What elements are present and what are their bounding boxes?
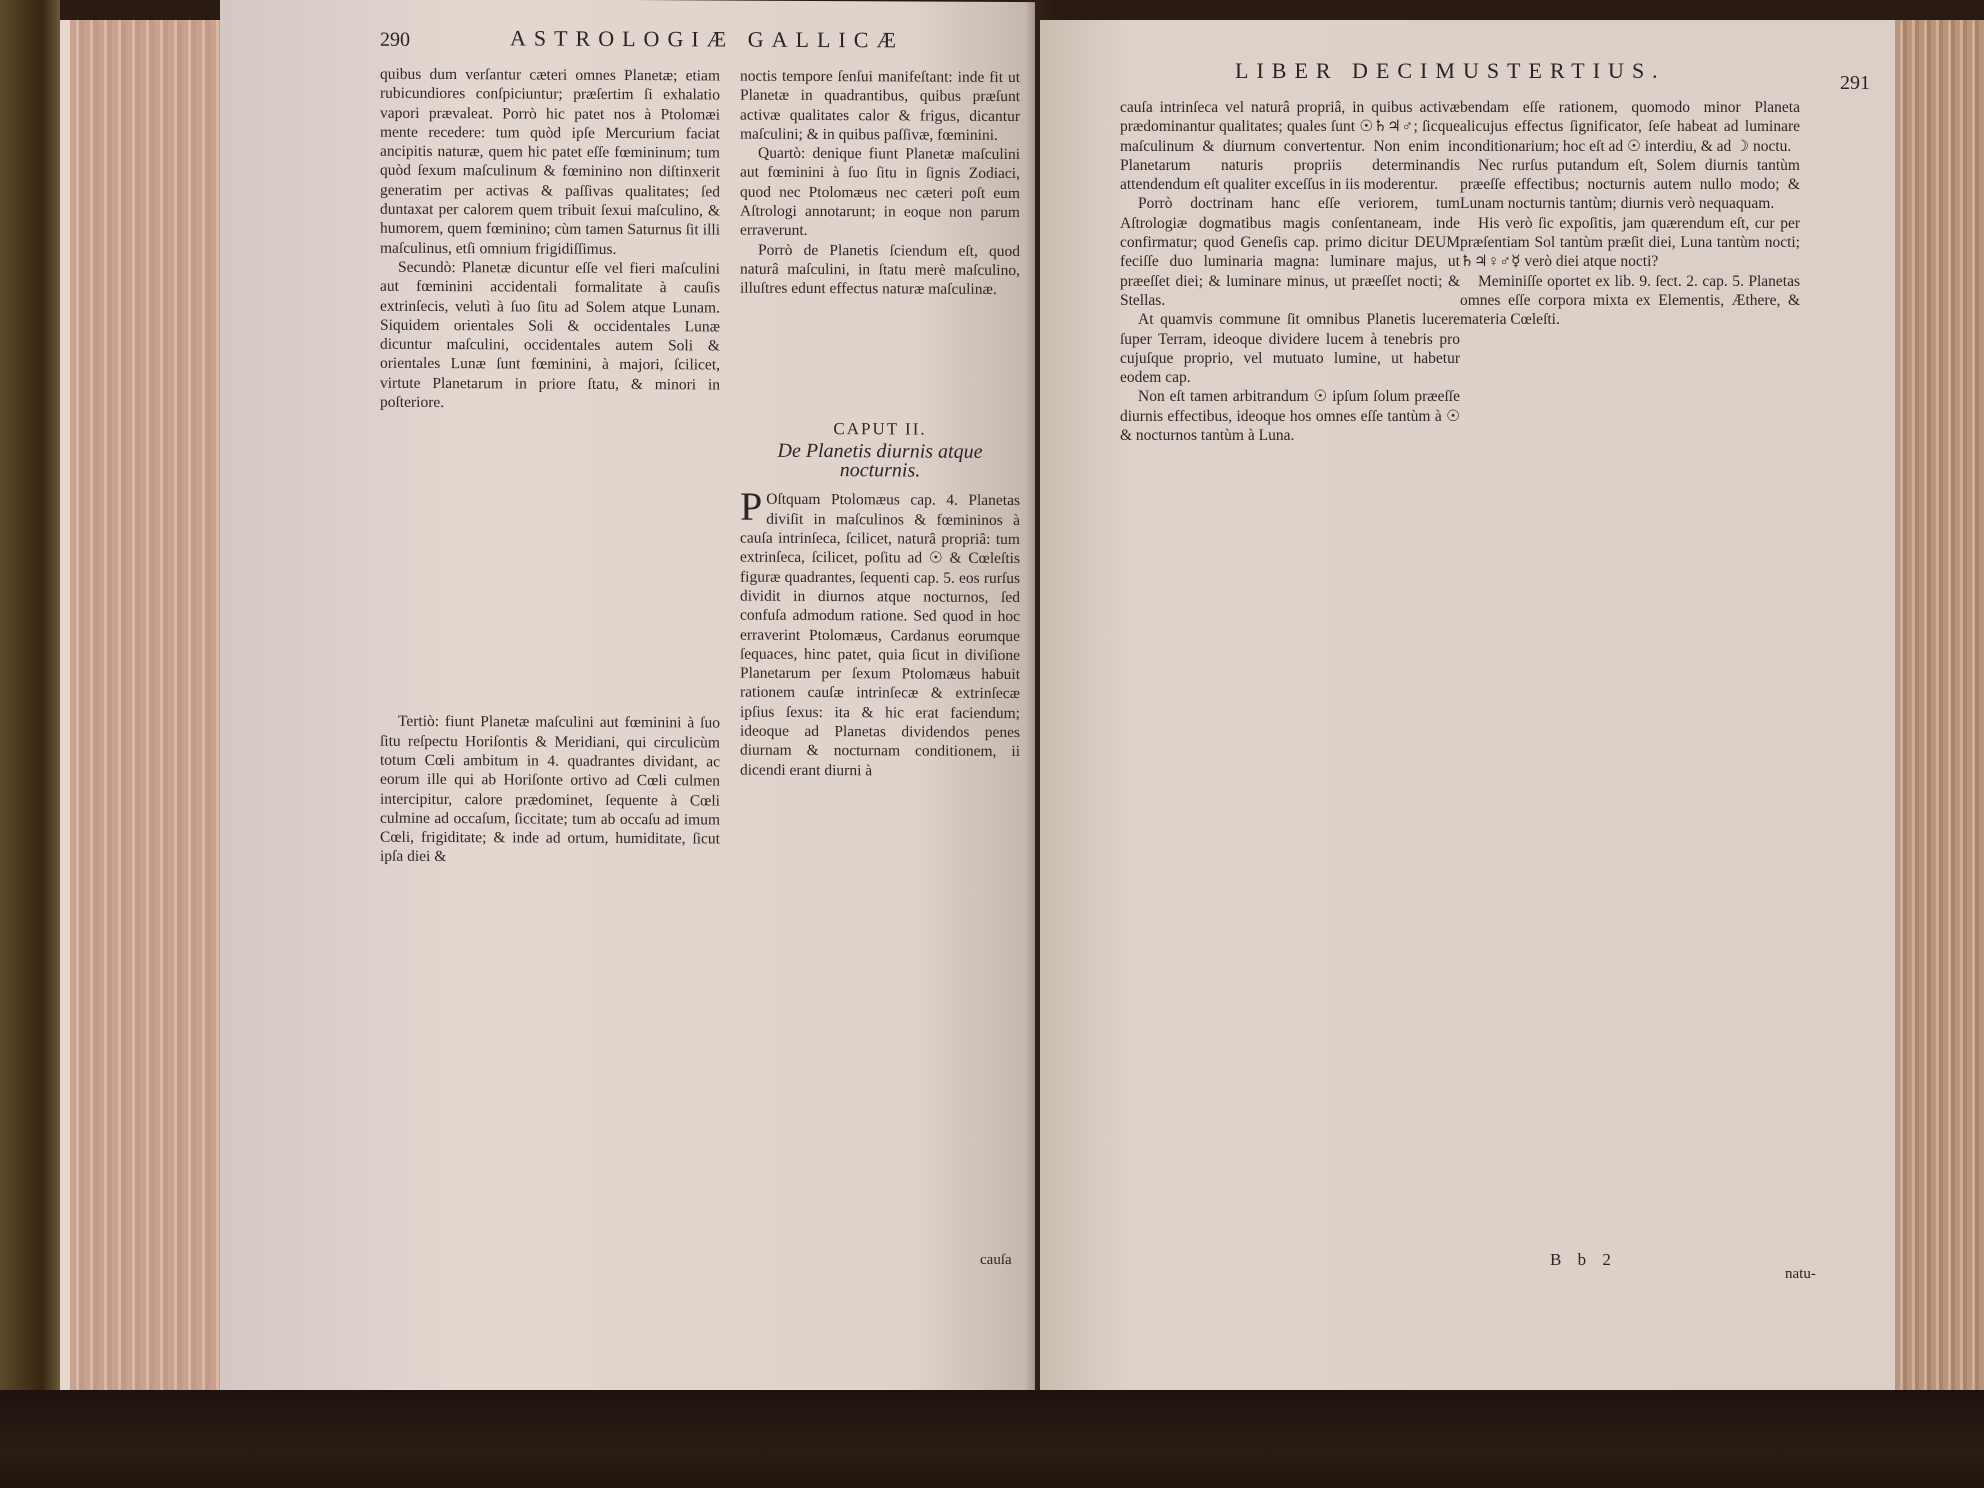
catchword-left: cauſa bbox=[980, 1252, 1012, 1269]
paragraph: quibus dum verſantur cæteri omnes Planet… bbox=[380, 65, 720, 260]
right-page-column-1: cauſa intrinſeca vel naturâ propriâ, in … bbox=[1120, 98, 1460, 445]
running-head-right: LIBER DECIMUSTERTIUS. bbox=[1235, 58, 1666, 84]
paragraph: Meminiſſe oportet ex lib. 9. ſect. 2. ca… bbox=[1460, 272, 1800, 330]
paragraph: noctis tempore ſenſui manifeſtant: inde … bbox=[740, 67, 1020, 146]
paragraph: Porrò de Planetis ſciendum eſt, quod nat… bbox=[740, 240, 1020, 299]
table-surface bbox=[0, 1390, 1984, 1488]
signature-mark: B b 2 bbox=[1550, 1250, 1617, 1270]
right-page-column-2: bendam eſſe rationem, quomodo minor Plan… bbox=[1460, 98, 1800, 330]
paragraph: Tertiò: fiunt Planetæ maſculini aut fœmi… bbox=[380, 712, 720, 868]
chapter-text: Oſtquam Ptolomæus cap. 4. Planetas diviſ… bbox=[740, 491, 1020, 779]
paragraph: bendam eſſe rationem, quomodo minor Plan… bbox=[1460, 98, 1800, 156]
page-number-right: 291 bbox=[1840, 72, 1870, 95]
paragraph: Secundò: Planetæ dicuntur eſſe vel fieri… bbox=[380, 258, 720, 414]
chapter-paragraph: POſtquam Ptolomæus cap. 4. Planetas divi… bbox=[740, 490, 1020, 781]
catchword-right: natu- bbox=[1785, 1266, 1816, 1283]
page-edges-left bbox=[60, 20, 230, 1400]
left-page-column-2: noctis tempore ſenſui manifeſtant: inde … bbox=[740, 67, 1020, 781]
paragraph: Non eſt tamen arbitrandum ☉ ipſum ſolum … bbox=[1120, 387, 1460, 445]
paragraph: Nec rurſus putandum eſt, Solem diurnis t… bbox=[1460, 156, 1800, 214]
left-page-column-1: quibus dum verſantur cæteri omnes Planet… bbox=[380, 65, 720, 868]
paragraph: Quartò: denique fiunt Planetæ maſculini … bbox=[740, 144, 1020, 242]
chapter-title: De Planetis diurnis atque nocturnis. bbox=[740, 441, 1020, 481]
paragraph: Porrò doctrinam hanc eſſe veriorem, tum … bbox=[1120, 194, 1460, 310]
page-number-left: 290 bbox=[380, 29, 410, 52]
paragraph: cauſa intrinſeca vel naturâ propriâ, in … bbox=[1120, 98, 1460, 194]
right-page: LIBER DECIMUSTERTIUS. 291 cauſa intrinſe… bbox=[1040, 20, 1900, 1410]
paragraph: His verò ſic expoſitis, jam quærendum eſ… bbox=[1460, 214, 1800, 272]
running-head-left: ASTROLOGIÆ GALLICÆ bbox=[510, 25, 904, 53]
chapter-label: CAPUT II. bbox=[740, 418, 1020, 439]
left-page: 290 ASTROLOGIÆ GALLICÆ quibus dum verſan… bbox=[220, 0, 1035, 1412]
paragraph: At quamvis commune ſit omnibus Planetis … bbox=[1120, 310, 1460, 387]
book-cover-left bbox=[0, 0, 60, 1390]
drop-cap: P bbox=[740, 490, 762, 524]
page-edges-right bbox=[1895, 20, 1984, 1390]
